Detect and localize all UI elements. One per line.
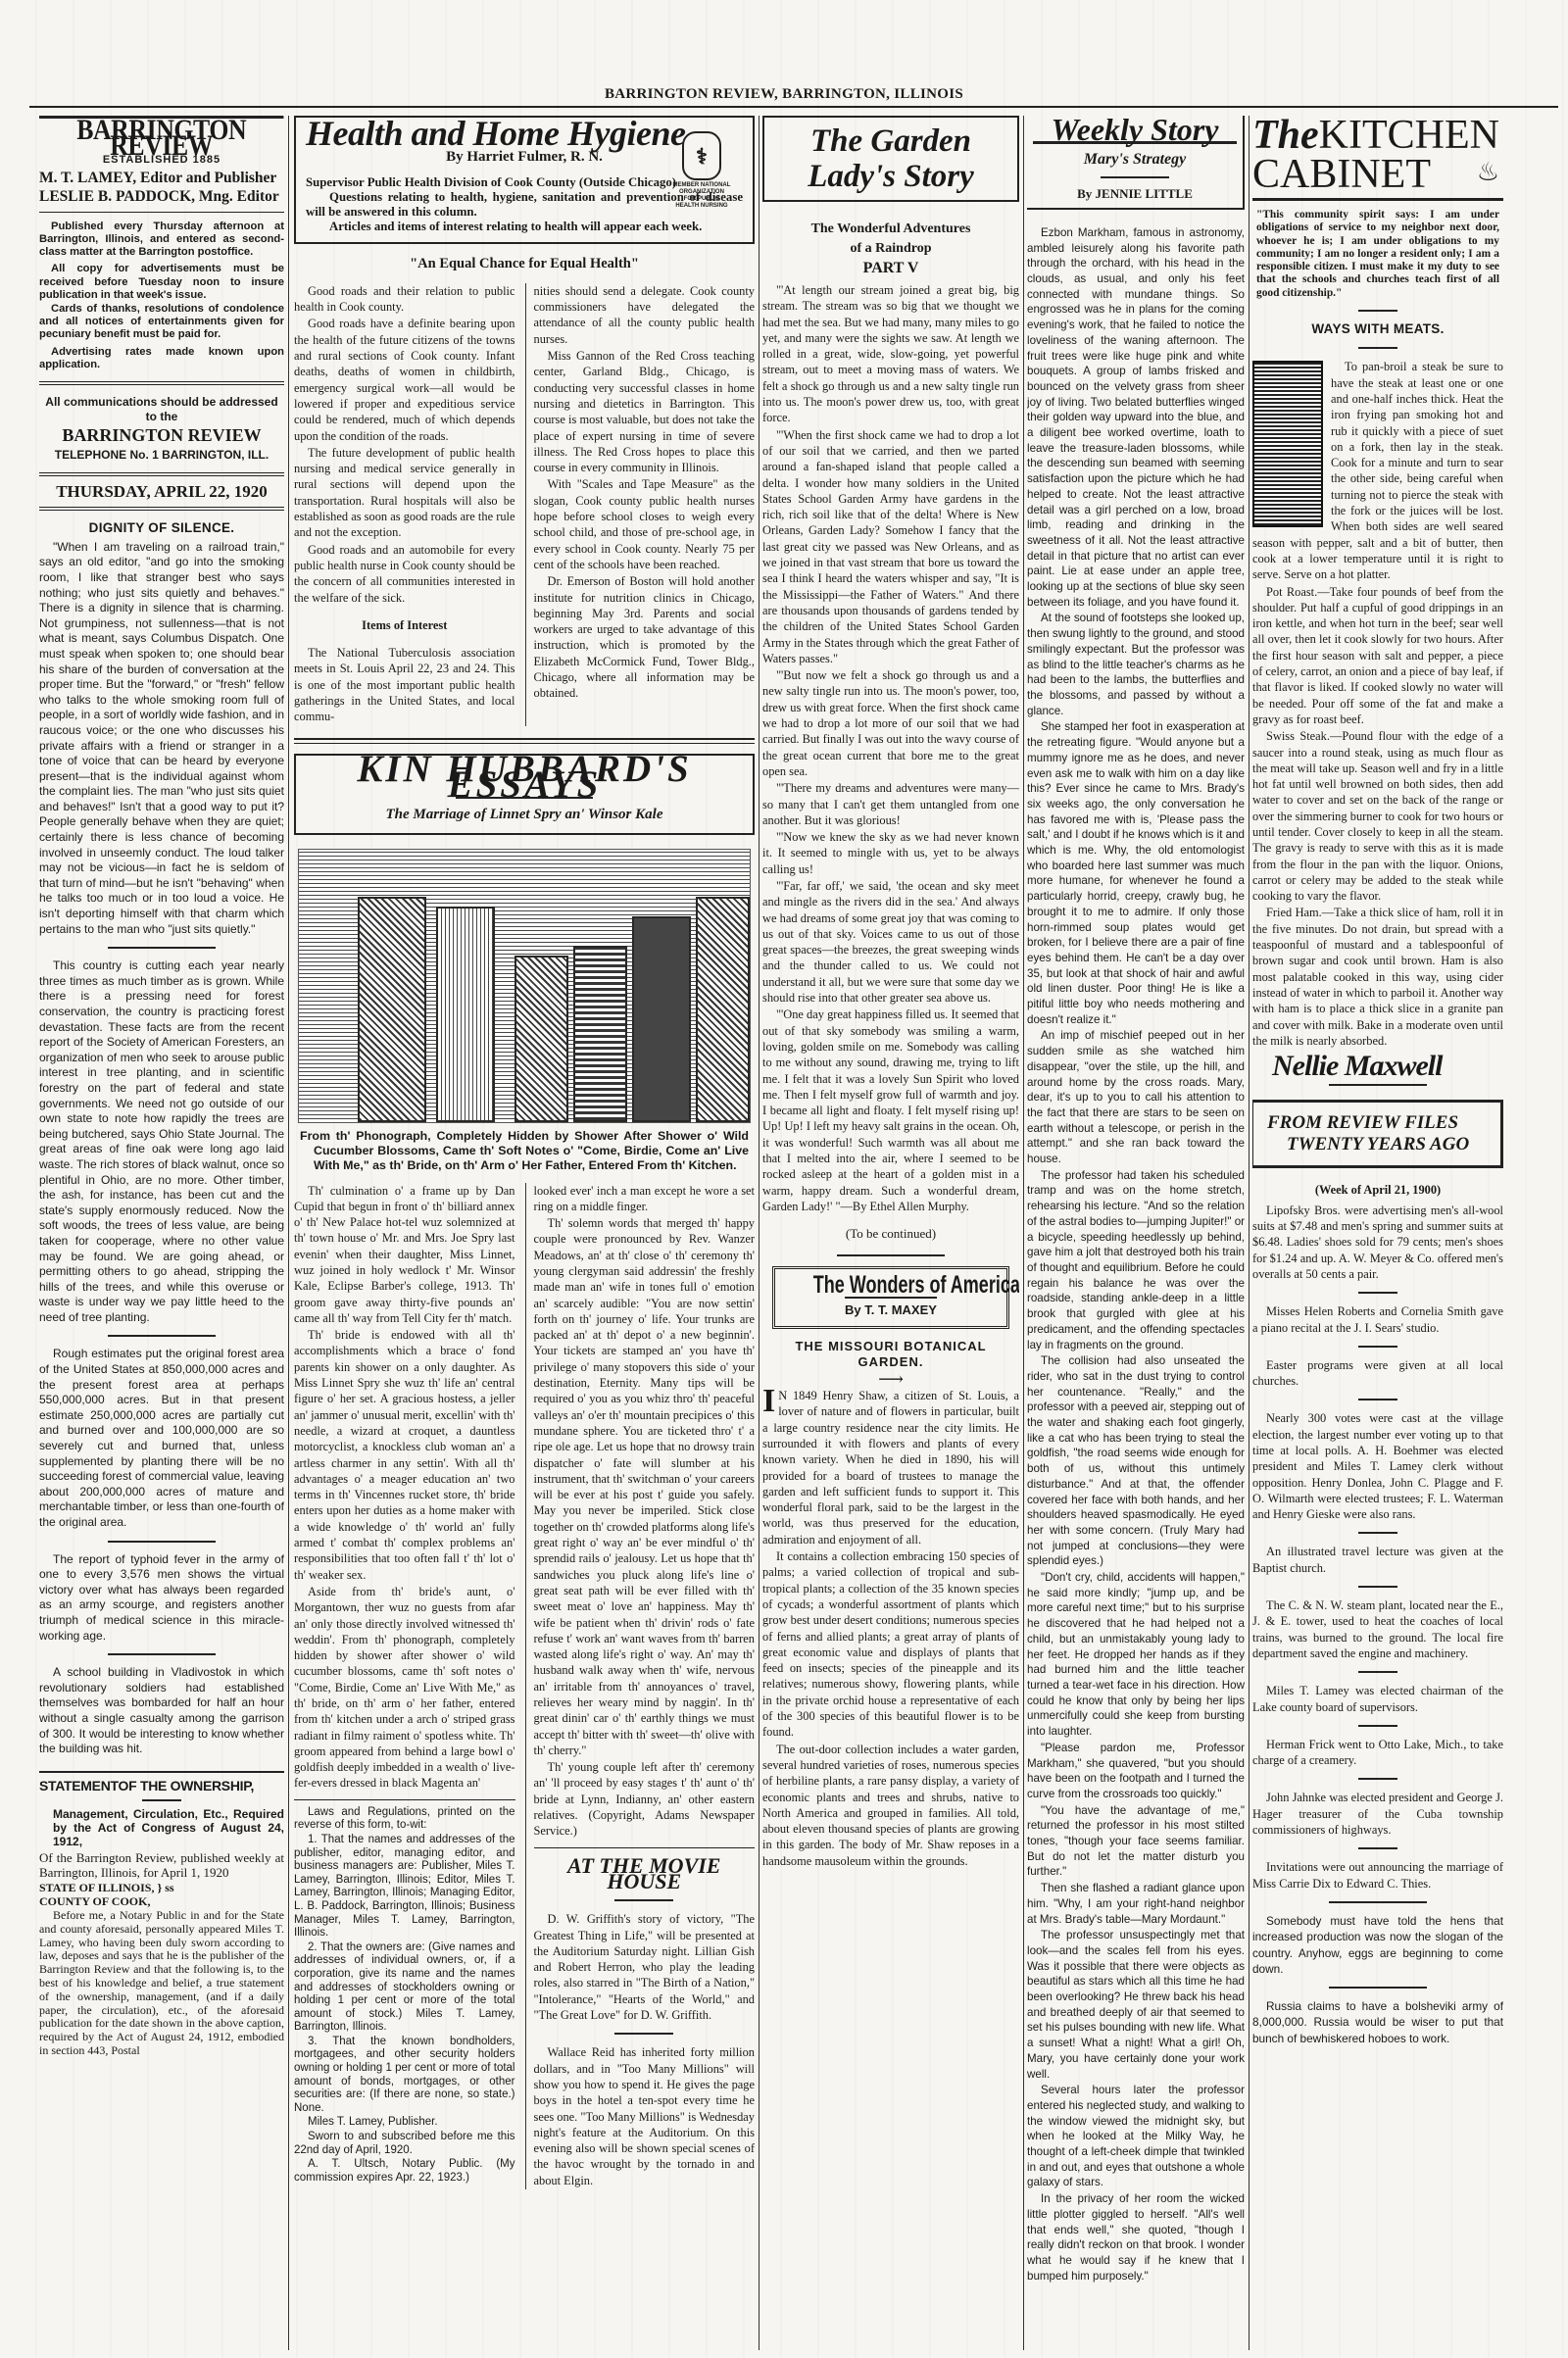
separator [1329, 1987, 1427, 1989]
kettle-icon: ♨ [1477, 153, 1499, 192]
guest-figure [696, 897, 750, 1122]
drop-cap: I [762, 1388, 778, 1415]
arrow-right-icon: ⟶ [762, 1370, 1019, 1388]
separator [614, 2033, 673, 2035]
separator [1329, 1084, 1427, 1086]
header-rule [29, 106, 1558, 108]
ways-with-meats-head: WAYS WITH MEATS. [1252, 321, 1503, 337]
health-paragraph: Good roads and their relation to public … [294, 283, 515, 316]
review-item: John Jahnke was elected president and Ge… [1252, 1790, 1503, 1838]
statement-subhead: Management, Circulation, Etc., Required … [39, 1807, 284, 1848]
column-health-kin-hubbard: Health and Home Hygiene ⚕ MEMBER NATIONA… [294, 116, 755, 2355]
health-subtitle: "An Equal Chance for Equal Health" [294, 256, 755, 271]
health-left-column: Good roads and their relation to public … [294, 283, 515, 726]
recipe-paragraph: Fried Ham.—Take a thick slice of ham, ro… [1252, 905, 1503, 1049]
separator [108, 1541, 216, 1543]
emblem-caption: MEMBER NATIONAL ORGANIZATION FOR PUBLIC … [673, 182, 731, 209]
separator [142, 1799, 181, 1801]
wonders-byline: By T. T. MAXEY [845, 1297, 937, 1318]
health-paragraph: Good roads and an automobile for every p… [294, 542, 515, 606]
author-signature: Nellie Maxwell [1272, 1058, 1503, 1074]
health-header-box: Health and Home Hygiene ⚕ MEMBER NATIONA… [294, 116, 755, 244]
health-right-column: nities should send a delegate. Cook coun… [525, 283, 756, 726]
wonders-title: The Wonders of America [813, 1277, 968, 1293]
health-paragraph: Good roads have a definite bearing upon … [294, 316, 515, 443]
kin-paragraph: Aside from th' bride's aunt, o' Morganto… [294, 1584, 515, 1792]
publication-notices: Published every Thursday afternoon at Ba… [39, 212, 284, 371]
garden-lady-title: The Garden Lady's Story [762, 116, 1019, 202]
column-weekly-story: Weekly Story Mary's Strategy By JENNIE L… [1027, 116, 1245, 2355]
health-paragraph: The National Tuberculosis association me… [294, 645, 515, 724]
separator [1358, 1725, 1397, 1727]
address-line: All communications should be addressed t… [39, 395, 284, 424]
statement-continuation: Laws and Regulations, printed on the rev… [294, 1806, 515, 2186]
nursing-emblem: ⚕ MEMBER NATIONAL ORGANIZATION FOR PUBLI… [672, 131, 731, 208]
editor-line: M. T. LAMEY, Editor and Publisher [39, 169, 284, 187]
weekly-story-header: Weekly Story Mary's Strategy By JENNIE L… [1027, 116, 1245, 210]
health-paragraph: Dr. Emerson of Boston will hold another … [534, 573, 756, 701]
notice: Cards of thanks, resolutions of condolen… [39, 303, 284, 342]
column-kitchen-review-files: TheKITCHEN CABINET ♨ "This community spi… [1252, 116, 1503, 2355]
filler-item: Russia claims to have a bolsheviki army … [1252, 1998, 1503, 2046]
health-body: Good roads and their relation to public … [294, 283, 755, 726]
recipe-paragraph: Swiss Steak.—Pound flour with the edge o… [1252, 728, 1503, 904]
telephone-line: TELEPHONE No. 1 BARRINGTON, ILL. [39, 448, 284, 463]
divider [534, 1847, 756, 1848]
story-paragraph: An imp of mischief peeped out in her sud… [1027, 1028, 1245, 1166]
garden-paragraph: "'When the first shock came we had to dr… [762, 427, 1019, 666]
story-paragraph: Then she flashed a radiant glance upon h… [1027, 1881, 1245, 1927]
notice: Advertising rates made known upon applic… [39, 346, 284, 371]
address-name: BARRINGTON REVIEW [39, 428, 284, 444]
column-masthead-editorials: BARRINGTON REVIEW ESTABLISHED 1885 M. T.… [39, 116, 284, 2355]
guest-figure [514, 956, 568, 1122]
kitchen-quote: "This community spirit says: I am under … [1256, 209, 1499, 300]
editorial-paragraph: "When I am traveling on a railroad train… [39, 540, 284, 937]
separator [1358, 1847, 1397, 1849]
column-divider [759, 116, 759, 2350]
health-paragraph: Miss Gannon of the Red Cross teaching ce… [534, 348, 756, 475]
kin-paragraph: Th' young couple left after th' ceremony… [534, 1759, 756, 1839]
weekly-story-subtitle: Mary's Strategy [1033, 152, 1237, 168]
statement-paragraph: Laws and Regulations, printed on the rev… [294, 1806, 515, 1833]
pan-illustration [1252, 361, 1323, 527]
review-item: The C. & N. W. steam plant, located near… [1252, 1597, 1503, 1661]
story-paragraph: "Don't cry, child, accidents will happen… [1027, 1570, 1245, 1740]
garden-paragraph: "'One day great happiness filled us. It … [762, 1007, 1019, 1214]
illustration-caption: From th' Phonograph, Completely Hidden b… [300, 1129, 749, 1173]
statement-publication: Of the Barrington Review, published week… [39, 1850, 284, 1880]
groom-figure [358, 897, 426, 1122]
health-paragraph: nities should send a delegate. Cook coun… [534, 283, 756, 347]
statement-paragraph: 1. That the names and addresses of the p… [294, 1834, 515, 1940]
wedding-illustration [298, 849, 751, 1123]
bride-veil-figure [436, 907, 495, 1122]
kitchen-cabinet-title: TheKITCHEN CABINET ♨ [1252, 116, 1503, 201]
separator [1358, 1778, 1397, 1780]
statement-body: Before me, a Notary Public in and for th… [39, 1909, 284, 2058]
review-item: Misses Helen Roberts and Cornelia Smith … [1252, 1303, 1503, 1336]
statement-state: STATE OF ILLINOIS, } ss [39, 1882, 284, 1895]
garden-paragraph: "'There my dreams and adventures were ma… [762, 780, 1019, 828]
garden-subtitle: The Wonderful Adventures [762, 220, 1019, 239]
to-be-continued: (To be continued) [762, 1226, 1019, 1242]
column-divider [288, 116, 289, 2350]
wonders-paragraph: It contains a collection embracing 150 s… [762, 1548, 1019, 1741]
story-paragraph: In the privacy of her room the wicked li… [1027, 2191, 1245, 2284]
masthead-title: BARRINGTON REVIEW [39, 116, 283, 153]
separator [1358, 1532, 1397, 1534]
separator [837, 1254, 945, 1256]
movie-paragraph: D. W. Griffith's story of victory, "The … [534, 1911, 756, 2023]
statement-signature: Miles T. Lamey, Publisher. [294, 2116, 515, 2130]
statement-paragraph: A. T. Ultsch, Notary Public. (My commiss… [294, 2158, 515, 2185]
separator [108, 947, 216, 949]
separator [1358, 347, 1397, 349]
editorial-paragraph: Rough estimates put the original forest … [39, 1347, 284, 1530]
kin-paragraph: Th' culmination o' a frame up by Dan Cup… [294, 1183, 515, 1327]
separator [1358, 1586, 1397, 1588]
kin-paragraph: Th' bride is endowed with all th' accomp… [294, 1327, 515, 1583]
botanical-headline: THE MISSOURI BOTANICAL GARDEN. [762, 1339, 1019, 1370]
kin-hubbard-body: Th' culmination o' a frame up by Dan Cup… [294, 1183, 755, 2190]
kin-hubbard-title: KIN HUBBARD'S ESSAYS [302, 761, 747, 794]
filler-item: Somebody must have told the hens that in… [1252, 1913, 1503, 1977]
review-files-header: FROM REVIEW FILES TWENTY YEARS AGO [1252, 1100, 1503, 1168]
story-paragraph: The professor had taken his scheduled tr… [1027, 1168, 1245, 1352]
items-of-interest-head: Items of Interest [294, 617, 515, 633]
garden-paragraph: "'At length our stream joined a great bi… [762, 282, 1019, 426]
recipe-paragraph: Pot Roast.—Take four pounds of beef from… [1252, 584, 1503, 728]
separator [614, 1899, 673, 1901]
garden-paragraph: "'But now we felt a shock go through us … [762, 667, 1019, 779]
wonders-paragraph: The out-door collection includes a water… [762, 1742, 1019, 1869]
review-item: Lipofsky Bros. were advertising men's al… [1252, 1203, 1503, 1282]
separator [1329, 1901, 1427, 1903]
editorial-paragraph: A school building in Vladivostok in whic… [39, 1665, 284, 1757]
health-paragraph: With "Scales and Tape Measure" as the sl… [534, 476, 756, 572]
story-paragraph: "You have the advantage of me," returned… [1027, 1803, 1245, 1881]
divider [294, 738, 755, 744]
story-paragraph: She stamped her foot in exasperation at … [1027, 719, 1245, 1027]
review-item: Easter programs were given at all local … [1252, 1357, 1503, 1390]
health-intro-line: Articles and items of interest relating … [306, 220, 743, 234]
guest-figure [573, 946, 627, 1122]
kin-hubbard-subtitle: The Marriage of Linnet Spry an' Winsor K… [302, 807, 747, 822]
divider [39, 507, 284, 511]
story-paragraph: The professor unsuspectingly met that lo… [1027, 1928, 1245, 2082]
movie-house-title: AT THE MOVIE HOUSE [534, 1858, 756, 1891]
garden-paragraph: "'Now we knew the sky as we had never kn… [762, 829, 1019, 877]
separator [1358, 1292, 1397, 1294]
review-item: Herman Frick went to Otto Lake, Mich., t… [1252, 1737, 1503, 1769]
separator [1358, 1346, 1397, 1348]
divider [39, 381, 284, 385]
review-item: Invitations were out announcing the marr… [1252, 1859, 1503, 1891]
separator [1358, 1671, 1397, 1673]
managing-editor-line: LESLIE B. PADDOCK, Mng. Editor [39, 187, 284, 206]
statement-county: COUNTY OF COOK, [39, 1895, 284, 1909]
story-paragraph: Several hours later the professor entere… [1027, 2083, 1245, 2190]
column-garden-wonders: The Garden Lady's Story The Wonderful Ad… [762, 116, 1019, 2355]
wonders-paragraph: IN 1849 Henry Shaw, a citizen of St. Lou… [762, 1388, 1019, 1547]
notice: Published every Thursday afternoon at Ba… [39, 221, 284, 260]
kin-hubbard-header-box: KIN HUBBARD'S ESSAYS The Marriage of Lin… [294, 754, 755, 835]
weekly-story-byline: By JENNIE LITTLE [1101, 176, 1169, 202]
wonders-text: N 1849 Henry Shaw, a citizen of St. Loui… [762, 1389, 1019, 1547]
running-head: BARRINGTON REVIEW, BARRINGTON, ILLINOIS [0, 86, 1568, 103]
review-item: Miles T. Lamey was elected chairman of t… [1252, 1683, 1503, 1715]
review-files-week: (Week of April 21, 1900) [1252, 1182, 1503, 1198]
column-divider [1023, 116, 1024, 2350]
statement-paragraph: Sworn to and subscribed before me this 2… [294, 2131, 515, 2157]
kin-left-column: Th' culmination o' a frame up by Dan Cup… [294, 1183, 515, 2190]
separator [1358, 1399, 1397, 1400]
review-files-title-1: FROM REVIEW FILES [1267, 1112, 1487, 1134]
kin-paragraph: looked ever' inch a man except he wore a… [534, 1183, 756, 1215]
health-paragraph: The future development of public health … [294, 445, 515, 541]
story-paragraph: "Please pardon me, Professor Markham," s… [1027, 1741, 1245, 1802]
separator [108, 1335, 216, 1337]
newspaper-page: BARRINGTON REVIEW, BARRINGTON, ILLINOIS … [0, 0, 1568, 2358]
separator [108, 1653, 216, 1655]
wonders-header-box: The Wonders of America By T. T. MAXEY [772, 1266, 1009, 1330]
editorial-paragraph: The report of typhoid fever in the army … [39, 1552, 284, 1645]
nurse-emblem-icon: ⚕ [682, 131, 721, 180]
separator [1358, 310, 1397, 312]
movie-paragraph: Wallace Reid has inherited forty million… [534, 2044, 756, 2188]
statement-paragraph: 2. That the owners are: (Give names and … [294, 1941, 515, 2035]
garden-subtitle: of a Raindrop [762, 239, 1019, 259]
guest-figure [632, 916, 691, 1122]
weekly-story-title: Weekly Story [1033, 122, 1237, 144]
issue-date: THURSDAY, APRIL 22, 1920 [39, 476, 284, 508]
story-paragraph: At the sound of footsteps she looked up,… [1027, 611, 1245, 718]
column-divider [1249, 116, 1249, 2350]
editorial-headline: DIGNITY OF SILENCE. [39, 520, 284, 536]
garden-part: PART V [762, 259, 1019, 278]
kin-right-column: looked ever' inch a man except he wore a… [525, 1183, 756, 2190]
garden-paragraph: "'Far, far off,' we said, 'the ocean and… [762, 878, 1019, 1006]
story-paragraph: The collision had also unseated the ride… [1027, 1353, 1245, 1569]
notice: All copy for advertisements must be rece… [39, 263, 284, 302]
review-files-title-2: TWENTY YEARS AGO [1267, 1134, 1487, 1155]
editorial-paragraph: This country is cutting each year nearly… [39, 958, 284, 1325]
kin-paragraph: Th' solemn words that merged th' happy c… [534, 1215, 756, 1758]
statement-headline: STATEMENTOF THE OWNERSHIP, [39, 1771, 284, 1794]
divider [294, 1799, 515, 1800]
statement-paragraph: 3. That the known bondholders, mortgagee… [294, 2036, 515, 2116]
story-paragraph: Ezbon Markham, famous in astronomy, ambl… [1027, 225, 1245, 611]
review-item: An illustrated travel lecture was given … [1252, 1544, 1503, 1576]
review-item: Nearly 300 votes were cast at the villag… [1252, 1410, 1503, 1522]
